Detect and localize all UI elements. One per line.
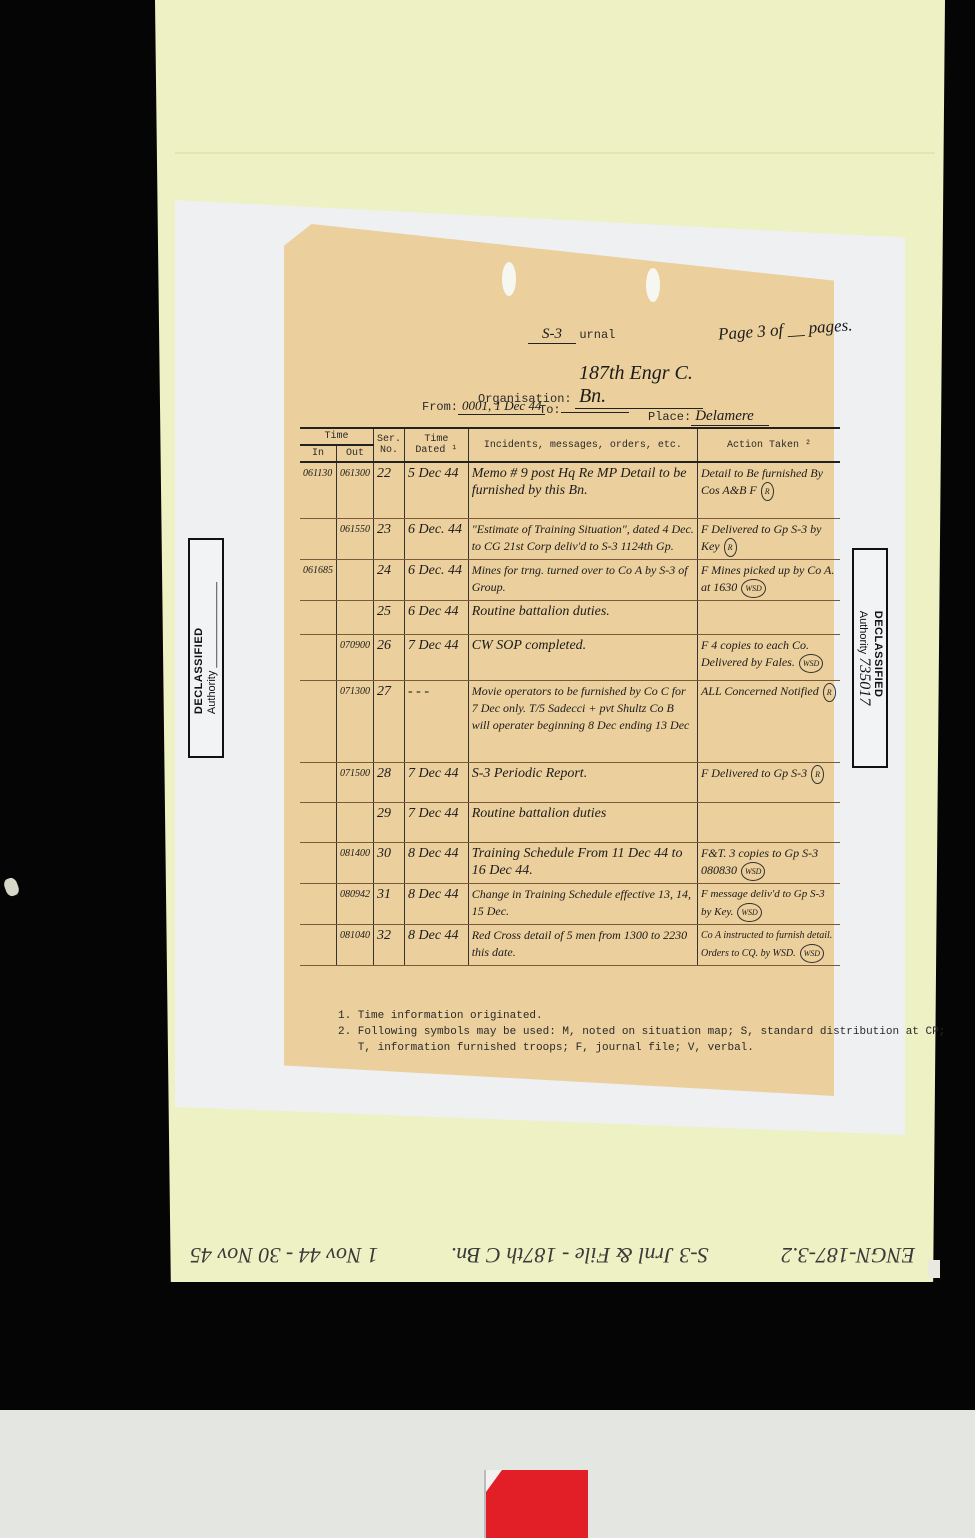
paper-corner	[928, 1260, 940, 1278]
initials-stamp: R	[724, 538, 737, 557]
to-field: To:	[539, 402, 629, 417]
col-time-dated: Time Dated ¹	[405, 428, 469, 462]
footnote-3: T, information furnished troops; F, jour…	[338, 1040, 945, 1056]
stamp-title: DECLASSIFIED	[193, 582, 206, 714]
place-value: Delamere	[691, 408, 769, 426]
table-row: 061685246 Dec. 44Mines for trng. turned …	[300, 559, 840, 600]
table-row: 081400308 Dec 44Training Schedule From 1…	[300, 842, 840, 883]
table-row: 297 Dec 44Routine battalion duties	[300, 802, 840, 842]
table-row: 256 Dec 44Routine battalion duties.	[300, 600, 840, 634]
initials-stamp: R	[823, 683, 836, 702]
initials-stamp: WSD	[800, 944, 824, 963]
initials-stamp: WSD	[741, 862, 765, 881]
table-row: 071500287 Dec 44S-3 Periodic Report.F De…	[300, 762, 840, 802]
col-action: Action Taken ²	[697, 428, 840, 462]
red-marker-tab	[484, 1470, 588, 1538]
from-field: From:0001, 1 Dec 44	[422, 398, 545, 415]
folder-label: ENGN-187-3.2 S-3 Jrnl & File - 187th C B…	[180, 1235, 925, 1275]
punch-hole	[646, 268, 660, 302]
stamp-authority-label: Authority	[206, 671, 218, 714]
footnotes: 1. Time information originated. 2. Follo…	[338, 1008, 945, 1056]
initials-stamp: R	[761, 482, 774, 501]
col-ser-no: Ser. No.	[374, 428, 405, 462]
declassified-stamp-right: DECLASSIFIED Authority 735017	[852, 548, 888, 768]
footnote-2: 2. Following symbols may be used: M, not…	[338, 1024, 945, 1040]
initials-stamp: WSD	[737, 903, 761, 922]
table-row: 061550236 Dec. 44"Estimate of Training S…	[300, 518, 840, 559]
journal-type: S-3 urnal	[528, 326, 615, 344]
stamp-authority-value: 735017	[856, 657, 873, 705]
table-row: 061130061300225 Dec 44Memo # 9 post Hq R…	[300, 462, 840, 518]
table-row: 07130027- - -Movie operators to be furni…	[300, 680, 840, 762]
folder-label-title: S-3 Jrnl & File - 187th C Bn.	[451, 1242, 709, 1268]
paper-speck	[2, 876, 20, 897]
col-in: In	[300, 445, 337, 462]
stamp-authority-label: Authority	[857, 611, 869, 654]
col-out: Out	[337, 445, 374, 462]
initials-stamp: WSD	[799, 654, 823, 673]
punch-hole	[502, 262, 516, 296]
initials-stamp: WSD	[741, 579, 765, 598]
table-row: 081040328 Dec 44Red Cross detail of 5 me…	[300, 924, 840, 965]
journal-table: Time Ser. No. Time Dated ¹ Incidents, me…	[300, 427, 840, 966]
place-field: Place:Delamere	[648, 408, 769, 426]
footnote-1: 1. Time information originated.	[338, 1008, 945, 1024]
folder-label-code: ENGN-187-3.2	[781, 1242, 915, 1268]
col-time: Time	[300, 428, 374, 445]
from-value: 0001, 1 Dec 44	[458, 398, 545, 415]
to-value	[561, 412, 629, 413]
initials-stamp: R	[811, 765, 824, 784]
table-row: 080942318 Dec 44Change in Training Sched…	[300, 883, 840, 924]
folder-label-dates: 1 Nov 44 - 30 Nov 45	[190, 1242, 378, 1268]
table-row: 070900267 Dec 44CW SOP completed.F 4 cop…	[300, 634, 840, 680]
folder-crease	[175, 152, 935, 154]
declassified-stamp-left: DECLASSIFIED Authority ______________	[188, 538, 224, 758]
col-incidents: Incidents, messages, orders, etc.	[468, 428, 697, 462]
